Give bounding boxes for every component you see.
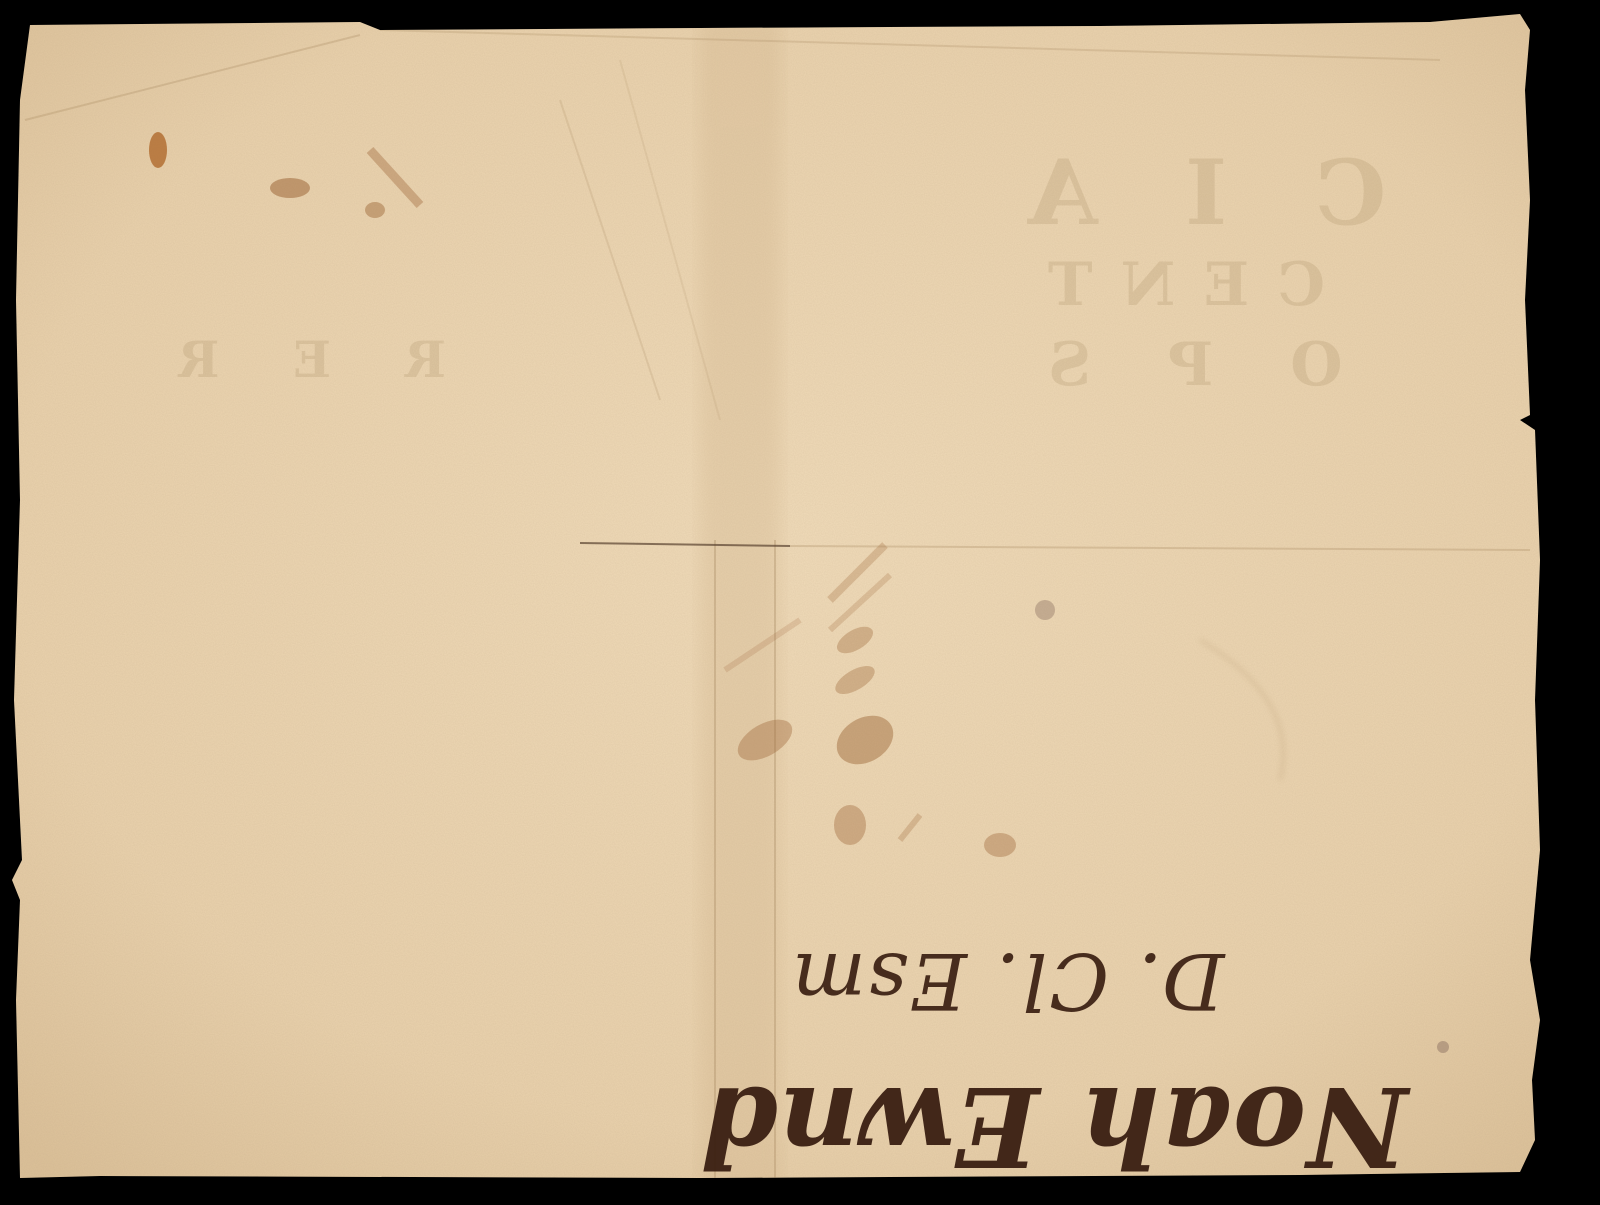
bleed-through-text: CENT bbox=[1020, 250, 1325, 320]
handwritten-signature: D. Cl. Esm bbox=[790, 935, 1225, 1025]
bleed-through-text: O P S bbox=[1020, 330, 1343, 400]
bleed-through-text: C I A bbox=[1000, 140, 1386, 246]
scan-background: C I A CENT O P S R E R D. Cl. Esm Noah E… bbox=[0, 0, 1600, 1205]
handwritten-signature: Noah Ewnd bbox=[700, 1062, 1408, 1191]
bleed-through-text: R E R bbox=[150, 330, 446, 389]
